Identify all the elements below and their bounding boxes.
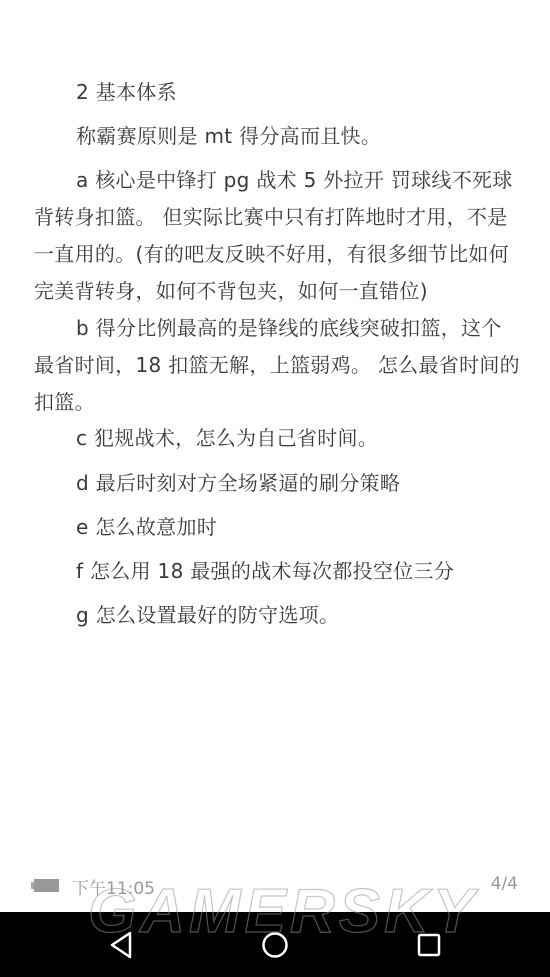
reader-footer: 下午11:05 4/4 bbox=[0, 870, 550, 900]
paragraph-principle: 称霸赛原则是 mt 得分高而且快。 bbox=[34, 118, 520, 155]
paragraph-e: e 怎么故意加时 bbox=[34, 509, 520, 546]
home-button[interactable] bbox=[258, 928, 292, 962]
paragraph-b: b 得分比例最高的是锋线的底线突破扣篮，这个最省时间，18 扣篮无解，上篮弱鸡。… bbox=[34, 310, 520, 421]
paragraph-text: g 怎么设置最好的防守选项。 bbox=[34, 603, 339, 627]
paragraph-text: c 犯规战术，怎么为自己省时间。 bbox=[34, 426, 378, 450]
paragraph-text: 称霸赛原则是 mt 得分高而且快。 bbox=[34, 124, 381, 148]
home-circle-icon bbox=[260, 930, 290, 960]
android-nav-bar bbox=[0, 912, 550, 977]
paragraph-text: f 怎么用 18 最强的战术每次都投空位三分 bbox=[34, 559, 454, 583]
back-triangle-icon bbox=[109, 931, 133, 959]
paragraph-a: a 核心是中锋打 pg 战术 5 外拉开 罚球线不死球背转身扣篮。 但实际比赛中… bbox=[34, 162, 520, 310]
page-indicator: 4/4 bbox=[491, 874, 518, 894]
recents-square-icon bbox=[416, 932, 442, 958]
paragraph-f: f 怎么用 18 最强的战术每次都投空位三分 bbox=[34, 553, 520, 590]
heading-basic-system: 2 基本体系 bbox=[34, 74, 520, 111]
paragraph-d: d 最后时刻对方全场紧逼的刷分策略 bbox=[34, 465, 520, 502]
paragraph-g: g 怎么设置最好的防守选项。 bbox=[34, 597, 520, 634]
paragraph-c: c 犯规战术，怎么为自己省时间。 bbox=[34, 420, 520, 457]
clock-time: 下午11:05 bbox=[72, 874, 155, 899]
paragraph-text: d 最后时刻对方全场紧逼的刷分策略 bbox=[34, 471, 400, 495]
paragraph-text: e 怎么故意加时 bbox=[34, 515, 217, 539]
paragraph-text: 2 基本体系 bbox=[34, 80, 177, 104]
back-button[interactable] bbox=[104, 928, 138, 962]
battery-icon bbox=[31, 879, 59, 892]
recents-button[interactable] bbox=[412, 928, 446, 962]
